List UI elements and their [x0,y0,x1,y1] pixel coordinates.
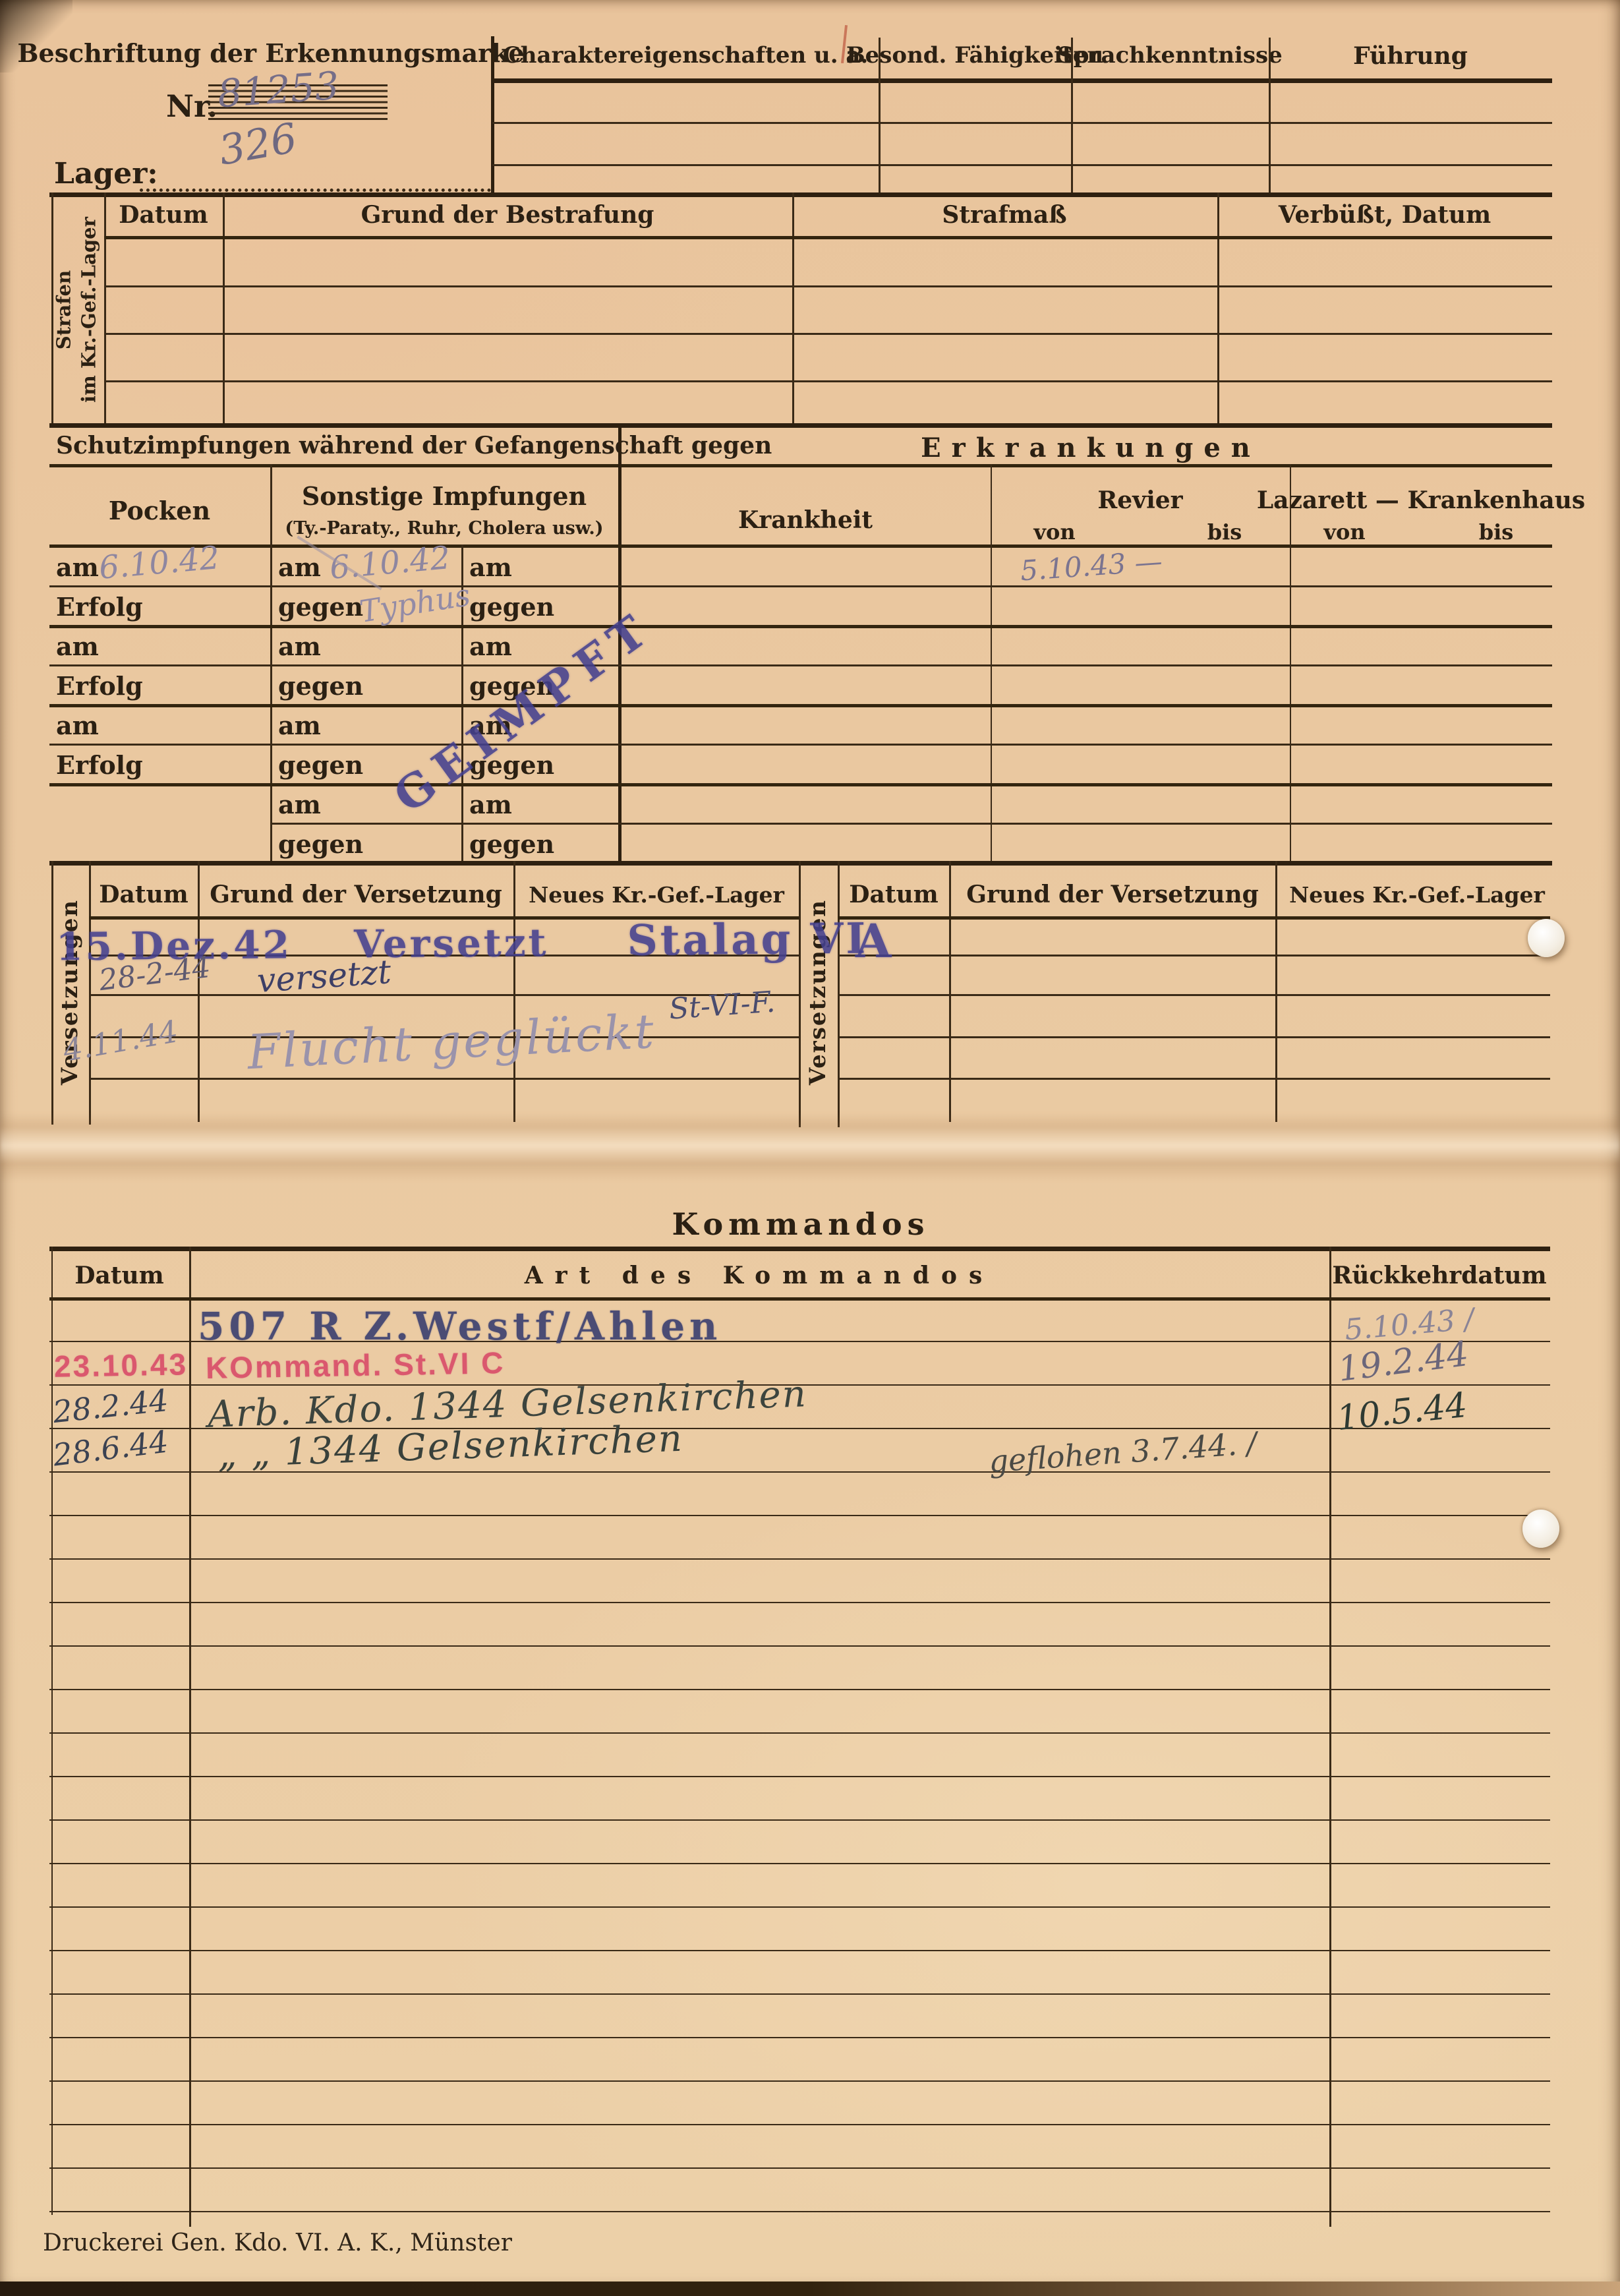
strafen-row-rule [104,285,1552,287]
impf-r1-s1-am: am [278,552,321,582]
lager-dotted-line [140,158,491,192]
vers2-header-rule [838,916,1550,920]
traits-header-rule [492,78,1552,83]
erkr-divider-revier [1290,464,1291,862]
strafen-col-verbuesst: Verbüßt, Datum [1279,201,1491,229]
erkr-divider-krankheit [991,464,992,862]
impf-row-rule [49,625,1552,628]
impfungen-title: Schutzimpfungen während der Gefangenscha… [56,432,772,459]
impf-r3-s2-am: am [469,632,512,661]
erkr-lazarett-von: von [1323,519,1365,545]
traits-row-rule [492,122,1552,124]
impf-r4-pocken-erfolg: Erfolg [56,671,143,701]
impf-row-rule [49,783,1552,786]
id-box-right-border [491,36,494,193]
impf-col-sonstige: Sonstige Impfungen [302,481,587,511]
vers2-col-datum: Datum [849,881,938,908]
vers-col-datum: Datum [99,881,188,908]
impfungen-title-rule [49,464,618,467]
erkr-lazarett-bis: bis [1479,519,1514,545]
impf-r8-s2-gegen: gegen [469,829,554,859]
strafen-divider [792,192,794,427]
strafen-top-rule [49,192,1552,197]
erkr-col-krankheit: Krankheit [738,506,873,534]
traits-row-rule [492,164,1552,166]
vers-col-neues-lager: Neues Kr.-Gef.-Lager [529,882,784,908]
kdo-col-art: Art des Kommandos [525,1262,995,1289]
col-languages: Sprachkenntnisse [1057,42,1283,69]
hole-punch-top [1528,919,1565,957]
fold-crease [0,1113,1620,1181]
impf-r6-pocken-erfolg: Erfolg [56,750,143,780]
impf-r5-pocken-am: am [56,711,99,740]
hole-punch-bottom [1522,1510,1559,1548]
impf-r5-s1-am: am [278,711,321,740]
strafen-divider [1217,192,1219,427]
vers2-row-rule [838,994,1550,996]
strafen-col-datum: Datum [119,201,208,229]
impf-r2-s1-gegen: gegen [278,592,363,622]
erkr-revier-bis: bis [1207,519,1242,545]
impf-r3-pocken-am: am [56,632,99,661]
impf-row-rule [49,744,1552,746]
impf-erkr-header-rule [49,545,1552,548]
impf-r1-pocken-am: am [56,552,99,582]
erkr-col-lazarett: Lazarett — Krankenhaus [1257,486,1585,514]
erkrankungen-title-rule [620,464,1552,467]
scan-corner-shadow [0,0,72,73]
strafen-row-rule [104,380,1552,382]
vers-row3-grund: Flucht geglückt [246,1003,656,1080]
strafen-bottom-rule [49,423,1552,428]
traits-divider [1071,38,1073,192]
vers2-row-rule [838,955,1550,957]
kdo-col-datum: Datum [74,1262,163,1289]
kdo-row2-art-stamp: KOmmand. St.VI C [206,1345,506,1386]
erkrankungen-title: Erkrankungen [921,432,1261,463]
kdo-row2-datum-stamp: 23.10.43 [54,1346,188,1384]
impf-row-rule [49,585,1552,587]
strafen-col-grund: Grund der Bestrafung [361,201,654,229]
erkr-r1-revier-von: 5.10.43 — [1020,545,1164,587]
id-box-title: Beschriftung der Erkennungsmarke [17,38,524,68]
strafen-strip-divider [104,192,106,427]
strafen-side-label: Strafen im Kr.-Gef.-Lager [51,217,101,403]
strafen-col-strafmass: Strafmaß [942,201,1066,229]
kdo-col-rueckkehr: Rückkehrdatum [1332,1262,1546,1289]
vers2-row-rule [838,1078,1550,1080]
impf-r7-s1-am: am [278,790,321,819]
impf-row-rule [49,704,1552,707]
scan-bottom-edge [0,2281,1620,2296]
vers-divider [949,861,951,1122]
vers-divider [513,861,515,1122]
strafen-header-rule [104,236,1552,239]
vers-strip-divider [89,861,91,1125]
vers2-row-rule [838,1036,1550,1038]
impf-r8-s1-gegen: gegen [278,829,363,859]
impf-row-rule [270,823,1552,825]
vers-row2-neues-lager: St-VI-F. [668,985,776,1026]
impf-r2-pocken-erfolg: Erfolg [56,592,143,622]
strafen-row-rule [104,333,1552,335]
erkr-col-revier: Revier [1097,486,1182,514]
pow-record-card: Beschriftung der Erkennungsmarke Nr. 812… [0,0,1620,2296]
impf-r3-s1-am: am [278,632,321,661]
impf-r7-s2-am: am [469,790,512,819]
vers-divider [198,861,200,1122]
strafen-side-label-line2: im Kr.-Gef.-Lager [76,217,101,403]
impf-divider-pocken [270,464,272,862]
vers2-col-neues-lager: Neues Kr.-Gef.-Lager [1289,882,1545,908]
vers-row-rule [89,1078,799,1080]
tag-number-value: 81253 [216,63,341,117]
printer-imprint: Druckerei Gen. Kdo. VI. A. K., Münster [43,2229,512,2256]
traits-divider [1269,38,1271,192]
col-conduct: Führung [1353,42,1468,70]
erkr-revier-von: von [1033,519,1075,545]
impf-row-rule [49,664,1552,666]
col-characteristics: Charaktereigenschaften u. a. [503,42,869,69]
impf-r4-s1-gegen: gegen [278,671,363,701]
geimpft-stamp: GEIMPFT [384,601,663,823]
impf-r2-s2-gegen: gegen [469,592,554,622]
versetzt-stamp-lager: Stalag VI [627,914,868,966]
kommandos-title: Kommandos [672,1206,930,1242]
impf-col-sonstige-sub: (Ty.-Paraty., Ruhr, Cholera usw.) [285,518,603,539]
vers-left-border [51,861,53,1125]
kdo-row1-art-stamp: 507 R Z.Westf/Ahlen [198,1304,722,1349]
versetzt-stamp-lager-suffix: A [855,914,891,968]
kdo-top-rule [49,1247,1550,1251]
vers-mid-strip-left [799,861,801,1127]
impf-r6-s1-gegen: gegen [278,750,363,780]
vers-col-grund: Grund der Versetzung [210,881,502,908]
strafen-side-label-line1: Strafen [51,217,76,403]
strafen-divider [223,192,225,427]
vers-divider [1275,861,1277,1122]
impf-col-pocken: Pocken [109,496,210,525]
impf-r1-s2-am: am [469,552,512,582]
vers2-col-grund: Grund der Versetzung [966,881,1259,908]
traits-divider [879,38,881,192]
impf-bottom-rule [49,861,1552,866]
